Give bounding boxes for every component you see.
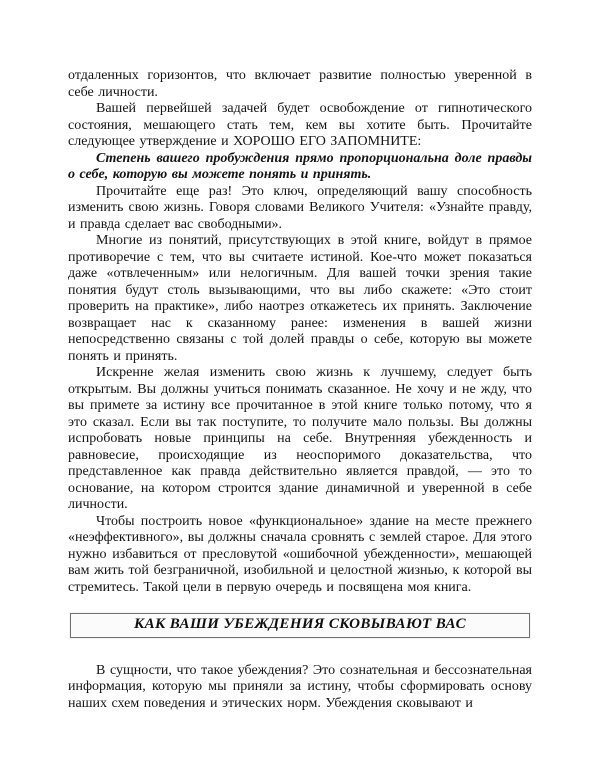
paragraph-continuation: отдаленных горизонтов, что включает разв… (68, 68, 532, 101)
paragraph-new-building: Чтобы построить новое «функциональное» з… (68, 514, 532, 597)
book-page: отдаленных горизонтов, что включает разв… (0, 0, 600, 777)
paragraph-concepts-contradiction: Многие из понятий, присутствующих в этой… (68, 233, 532, 365)
paragraph-read-again: Прочитайте еще раз! Это ключ, определяющ… (68, 184, 532, 234)
paragraph-be-open: Искренне желая изменить свою жизнь к луч… (68, 365, 532, 514)
paragraph-key-statement: Степень вашего пробуждения прямо пропорц… (68, 151, 532, 184)
section-heading: КАК ВАШИ УБЕЖДЕНИЯ СКОВЫВАЮТ ВАС (134, 616, 466, 632)
paragraph-first-task: Вашей первейшей задачей будет освобожден… (68, 101, 532, 151)
section-heading-box: КАК ВАШИ УБЕЖДЕНИЯ СКОВЫВАЮТ ВАС (70, 613, 530, 638)
paragraph-what-are-beliefs: В сущности, что такое убеждения? Это соз… (68, 663, 532, 713)
